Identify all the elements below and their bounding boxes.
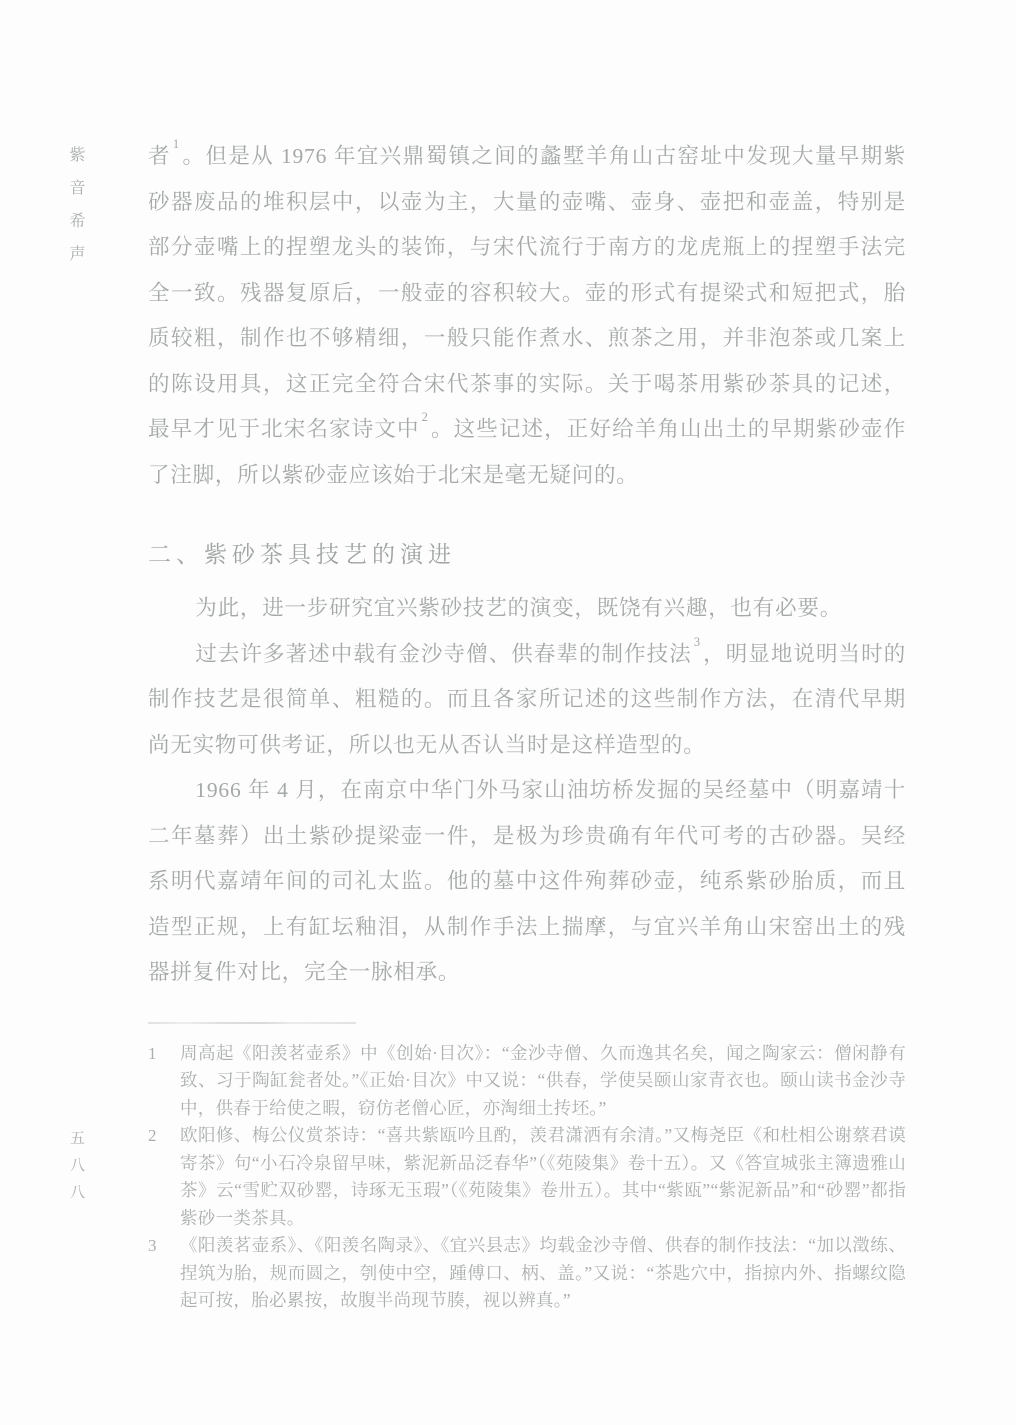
footnote-number: 2 bbox=[148, 1122, 180, 1150]
paragraph: 过去许多著述中载有金沙寺僧、供春辈的制作技法3，明显地说明当时的制作技艺是很简单… bbox=[148, 632, 906, 769]
footnote-divider bbox=[148, 1022, 356, 1024]
footnote-text: 《阳羡茗壶系》、《阳羡名陶录》、《宜兴县志》均载金沙寺僧、供春的制作技法：“加以… bbox=[180, 1232, 906, 1315]
book-page: 紫音希声 五八八 者1。但是从 1976 年宜兴鼎蜀镇之间的蠡墅羊角山古窑址中发… bbox=[0, 0, 1016, 1425]
paragraph: 者1。但是从 1976 年宜兴鼎蜀镇之间的蠡墅羊角山古窑址中发现大量早期紫砂器废… bbox=[148, 134, 906, 498]
footnote-ref: 3 bbox=[692, 635, 703, 649]
footnote-number: 1 bbox=[148, 1040, 180, 1068]
footnote-item: 3 《阳羡茗壶系》、《阳羡名陶录》、《宜兴县志》均载金沙寺僧、供春的制作技法：“… bbox=[148, 1232, 906, 1315]
section-heading: 二、紫砂茶具技艺的演进 bbox=[148, 536, 906, 569]
footnote-text: 欧阳修、梅公仪赏茶诗：“喜共紫瓯吟且酌，羡君潇洒有余清。”又梅尧臣《和杜相公谢蔡… bbox=[180, 1122, 906, 1232]
footnote-ref: 2 bbox=[420, 410, 431, 424]
footnote-number: 3 bbox=[148, 1232, 180, 1260]
paragraph: 1966 年 4 月，在南京中华门外马家山油坊桥发掘的吴经墓中（明嘉靖十二年墓葬… bbox=[148, 768, 906, 996]
margin-book-title: 紫音希声 bbox=[64, 146, 87, 278]
page-number: 五八八 bbox=[66, 1130, 87, 1211]
footnote-text: 周高起《阳羡茗壶系》中《创始·目次》：“金沙寺僧、久而逸其名矣，闻之陶家云：僧闲… bbox=[180, 1040, 906, 1123]
paragraph: 为此，进一步研究宜兴紫砂技艺的演变，既饶有兴趣，也有必要。 bbox=[148, 586, 906, 632]
text-column: 者1。但是从 1976 年宜兴鼎蜀镇之间的蠡墅羊角山古窑址中发现大量早期紫砂器废… bbox=[148, 134, 906, 1315]
footnote-list: 1 周高起《阳羡茗壶系》中《创始·目次》：“金沙寺僧、久而逸其名矣，闻之陶家云：… bbox=[148, 1040, 906, 1315]
footnote-item: 1 周高起《阳羡茗壶系》中《创始·目次》：“金沙寺僧、久而逸其名矣，闻之陶家云：… bbox=[148, 1040, 906, 1123]
footnote-ref: 1 bbox=[171, 137, 182, 151]
footnote-item: 2 欧阳修、梅公仪赏茶诗：“喜共紫瓯吟且酌，羡君潇洒有余清。”又梅尧臣《和杜相公… bbox=[148, 1122, 906, 1232]
